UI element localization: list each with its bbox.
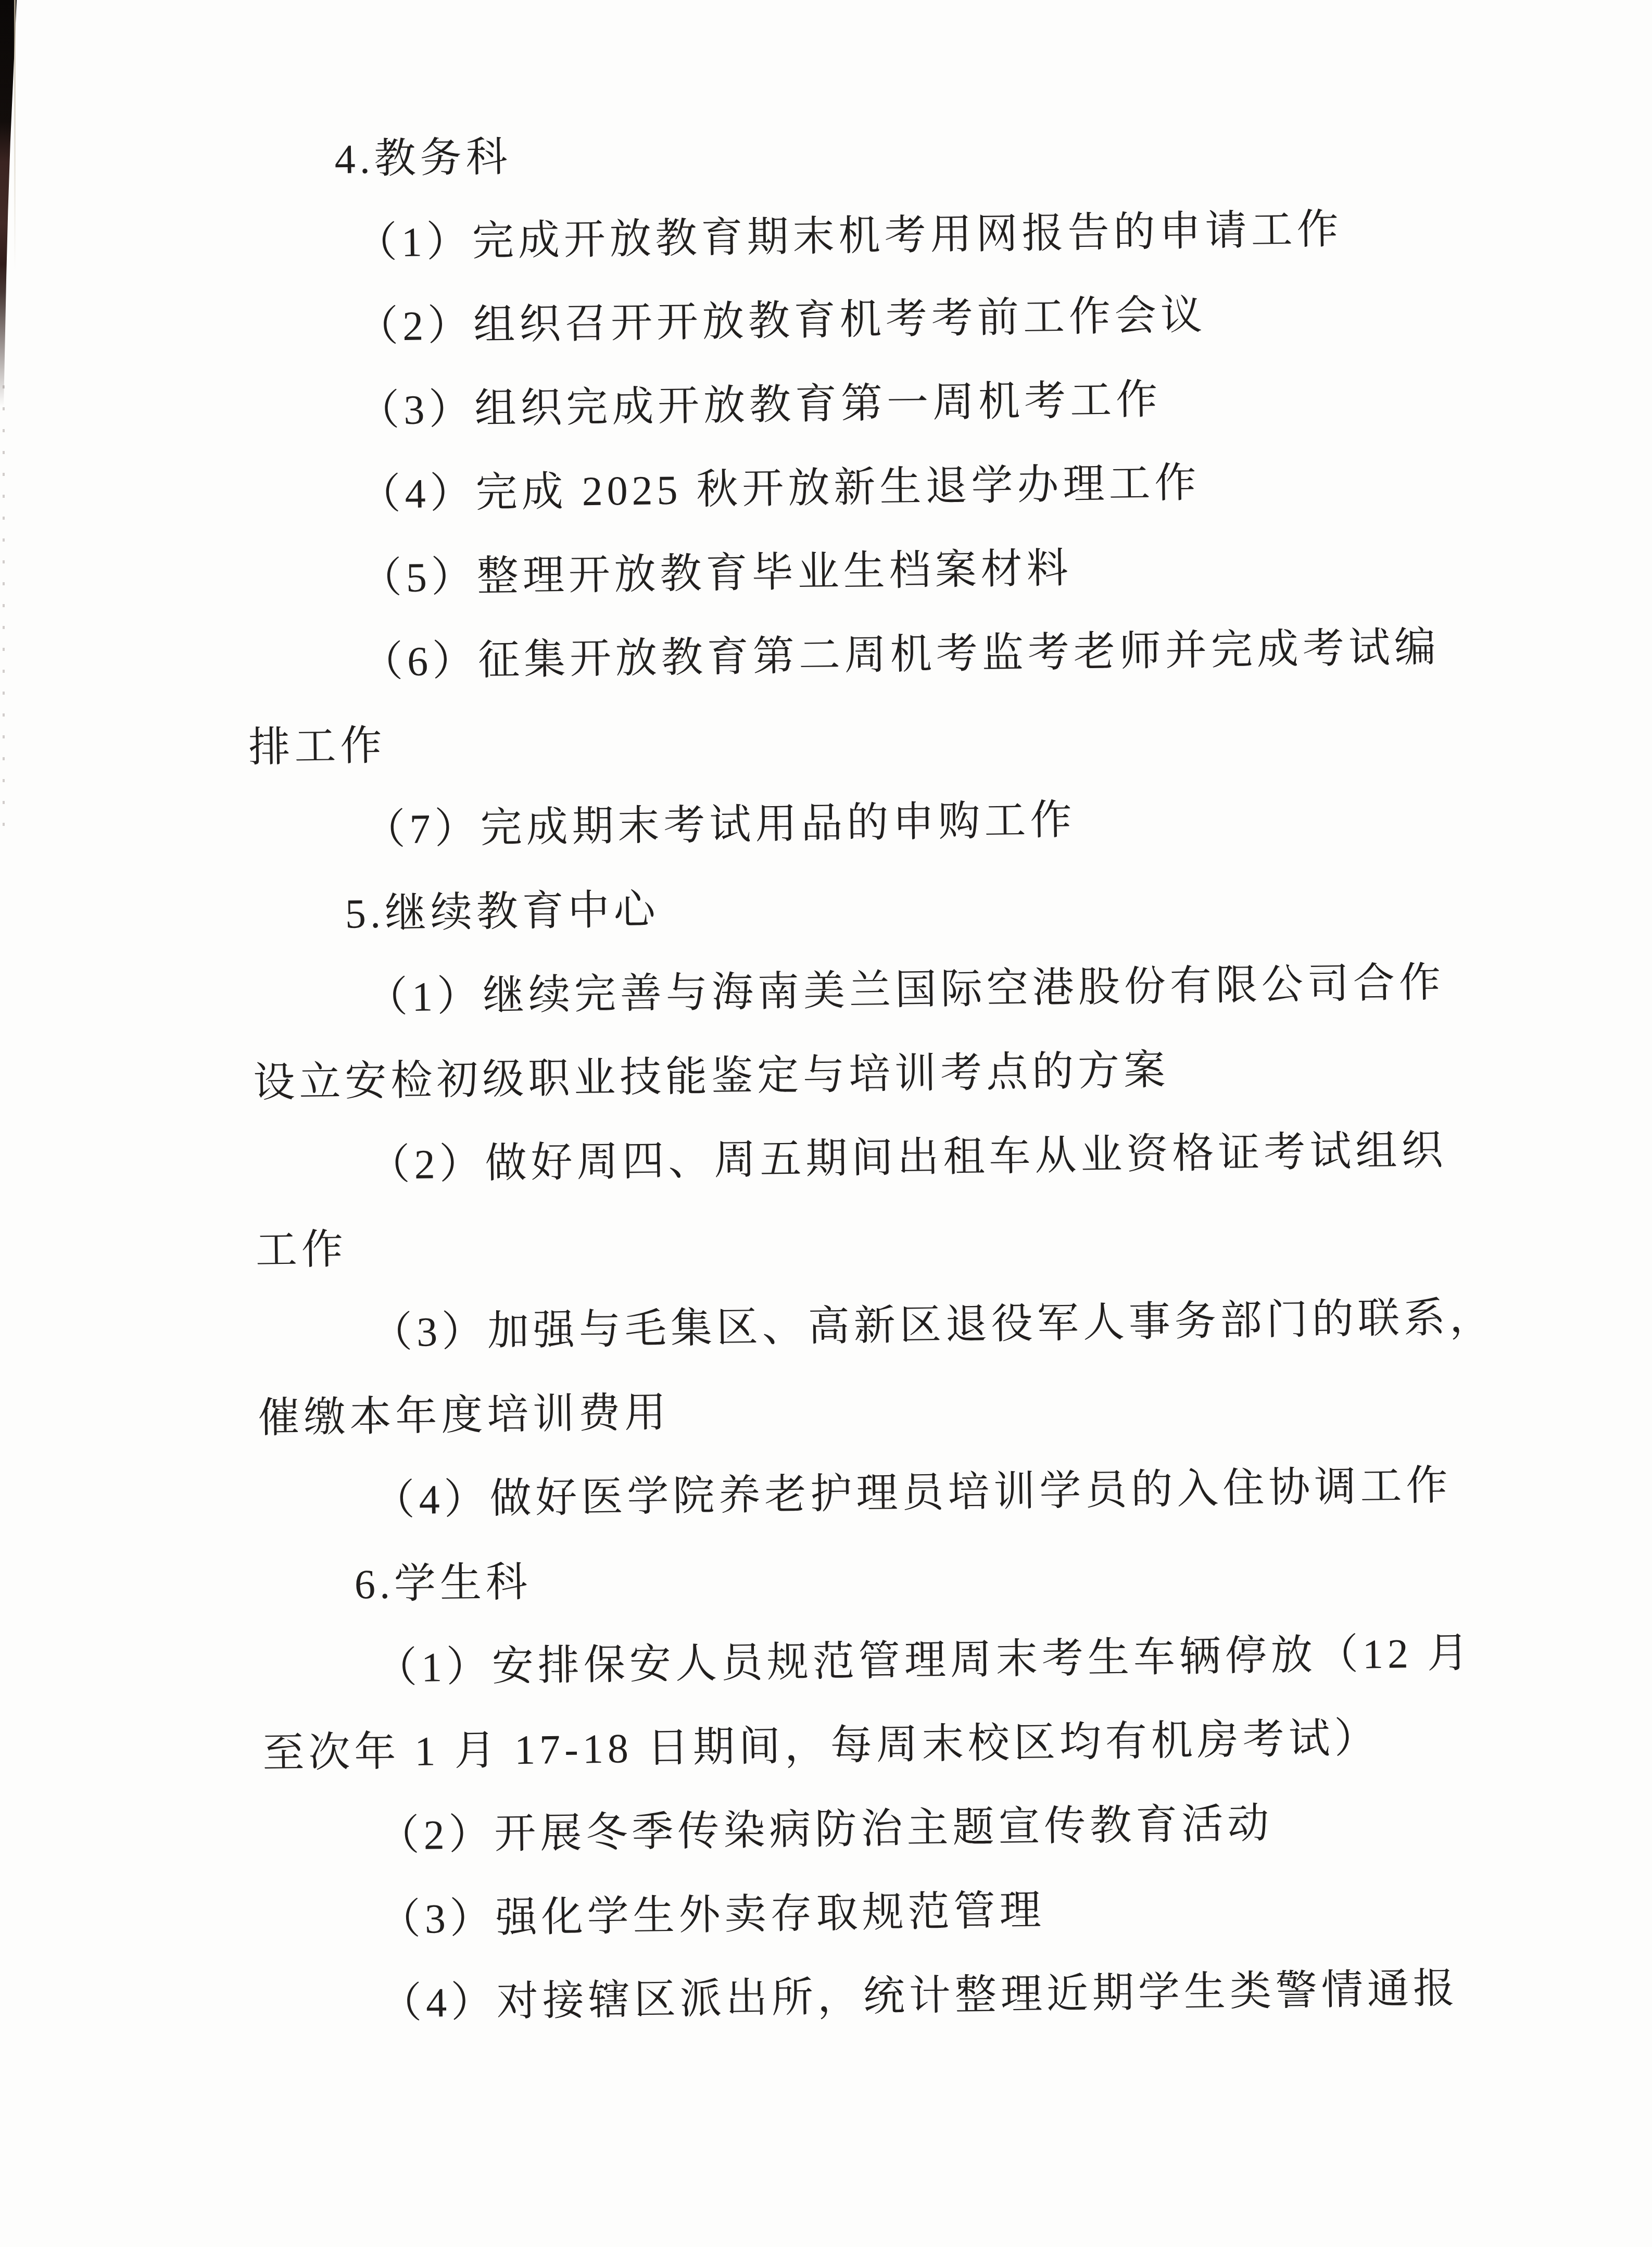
scanned-page: { "page": { "width_px": 3173, "height_px…	[0, 0, 1652, 2247]
document-text-block: 4.教务科（1）完成开放教育期末机考用网报告的申请工作（2）组织召开开放教育机考…	[0, 100, 1652, 2051]
document-page: 4.教务科（1）完成开放教育期末机考用网报告的申请工作（2）组织召开开放教育机考…	[0, 0, 1652, 2247]
